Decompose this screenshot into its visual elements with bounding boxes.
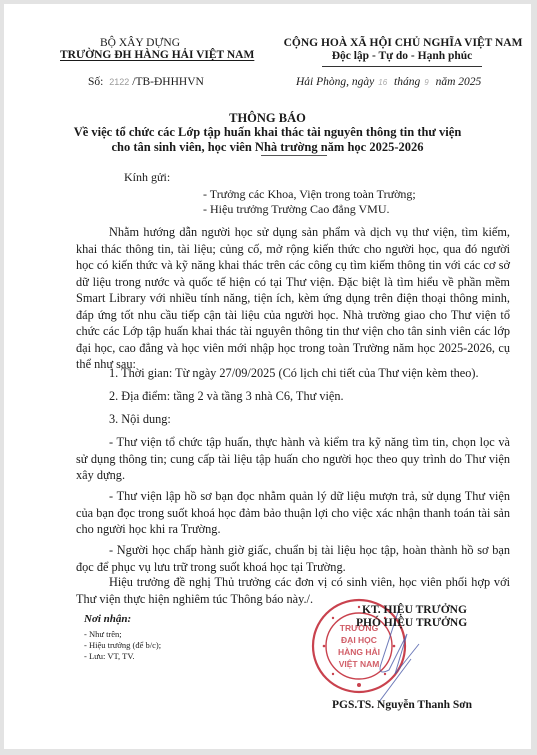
item-content-heading: 3. Nội dung: (109, 412, 171, 427)
content-paragraph-1: - Thư viện tổ chức tập huấn, thực hành v… (76, 434, 510, 484)
document-subtitle: Về việc tổ chức các Lớp tập huấn khai th… (4, 125, 531, 155)
date-year: năm 2025 (436, 76, 482, 88)
date-day: 16 (374, 78, 391, 87)
doc-number-suffix: /TB-ĐHHHVN (132, 76, 204, 88)
subtitle-line-1: Về việc tổ chức các Lớp tập huấn khai th… (4, 125, 531, 140)
document-page: BỘ XÂY DỰNG TRƯỜNG ĐH HÀNG HẢI VIỆT NAM … (4, 4, 531, 749)
recipient-item: - Trưởng các Khoa, Viện trong toàn Trườn… (203, 187, 416, 202)
signature-position: PHÓ HIỆU TRƯỞNG (356, 617, 467, 629)
subtitle-line-2: cho tân sinh viên, học viên Nhà trường n… (4, 140, 531, 155)
date-line: Hải Phòng, ngày16 tháng9 năm 2025 (296, 76, 481, 88)
document-title: THÔNG BÁO (4, 111, 531, 126)
distribution-item: - Hiệu trưởng (để b/c); (84, 640, 161, 650)
closing-paragraph: Hiệu trưởng đề nghị Thủ trưởng các đơn v… (76, 574, 510, 607)
date-month: 9 (420, 78, 432, 87)
intro-paragraph: Nhằm hướng dẫn người học sử dụng sản phẩ… (76, 224, 510, 373)
distribution-item: - Như trên; (84, 629, 122, 639)
item-location: 2. Địa điểm: tầng 2 và tầng 3 nhà C6, Th… (109, 389, 344, 404)
date-place: Hải Phòng, ngày (296, 76, 374, 88)
distribution-item: - Lưu: VT, TV. (84, 651, 135, 661)
doc-number-label: Số: (88, 76, 103, 88)
recipient-item: - Hiệu trưởng Trường Cao đẳng VMU. (203, 202, 389, 217)
document-number: Số: 2122/TB-ĐHHHVN (88, 76, 204, 88)
ministry-name: BỘ XÂY DỰNG (70, 37, 210, 49)
motto-underline (322, 66, 482, 67)
doc-number-value: 2122 (106, 77, 132, 87)
school-name: TRƯỜNG ĐH HÀNG HẢI VIỆT NAM (60, 49, 220, 61)
signer-name: PGS.TS. Nguyễn Thanh Sơn (332, 699, 472, 711)
item-time: 1. Thời gian: Từ ngày 27/09/2025 (Có lịc… (109, 366, 479, 381)
distribution-label: Nơi nhận: (84, 613, 131, 625)
signature-on-behalf: KT. HIỆU TRƯỞNG (362, 604, 467, 616)
subtitle-underline (261, 155, 327, 156)
content-paragraph-2: - Thư viện lập hồ sơ bạn đọc nhằm quản l… (76, 488, 510, 538)
date-month-label: tháng (394, 76, 420, 88)
school-name-text: TRƯỜNG ĐH HÀNG HẢI VIỆT NAM (60, 49, 254, 61)
recipients-label: Kính gửi: (124, 170, 170, 185)
motto: Độc lập - Tự do - Hạnh phúc (320, 50, 484, 62)
republic-heading: CỘNG HOÀ XÃ HỘI CHỦ NGHĨA VIỆT NAM (268, 37, 537, 49)
content-paragraph-3: - Người học chấp hành giờ giấc, chuẩn bị… (76, 542, 510, 575)
